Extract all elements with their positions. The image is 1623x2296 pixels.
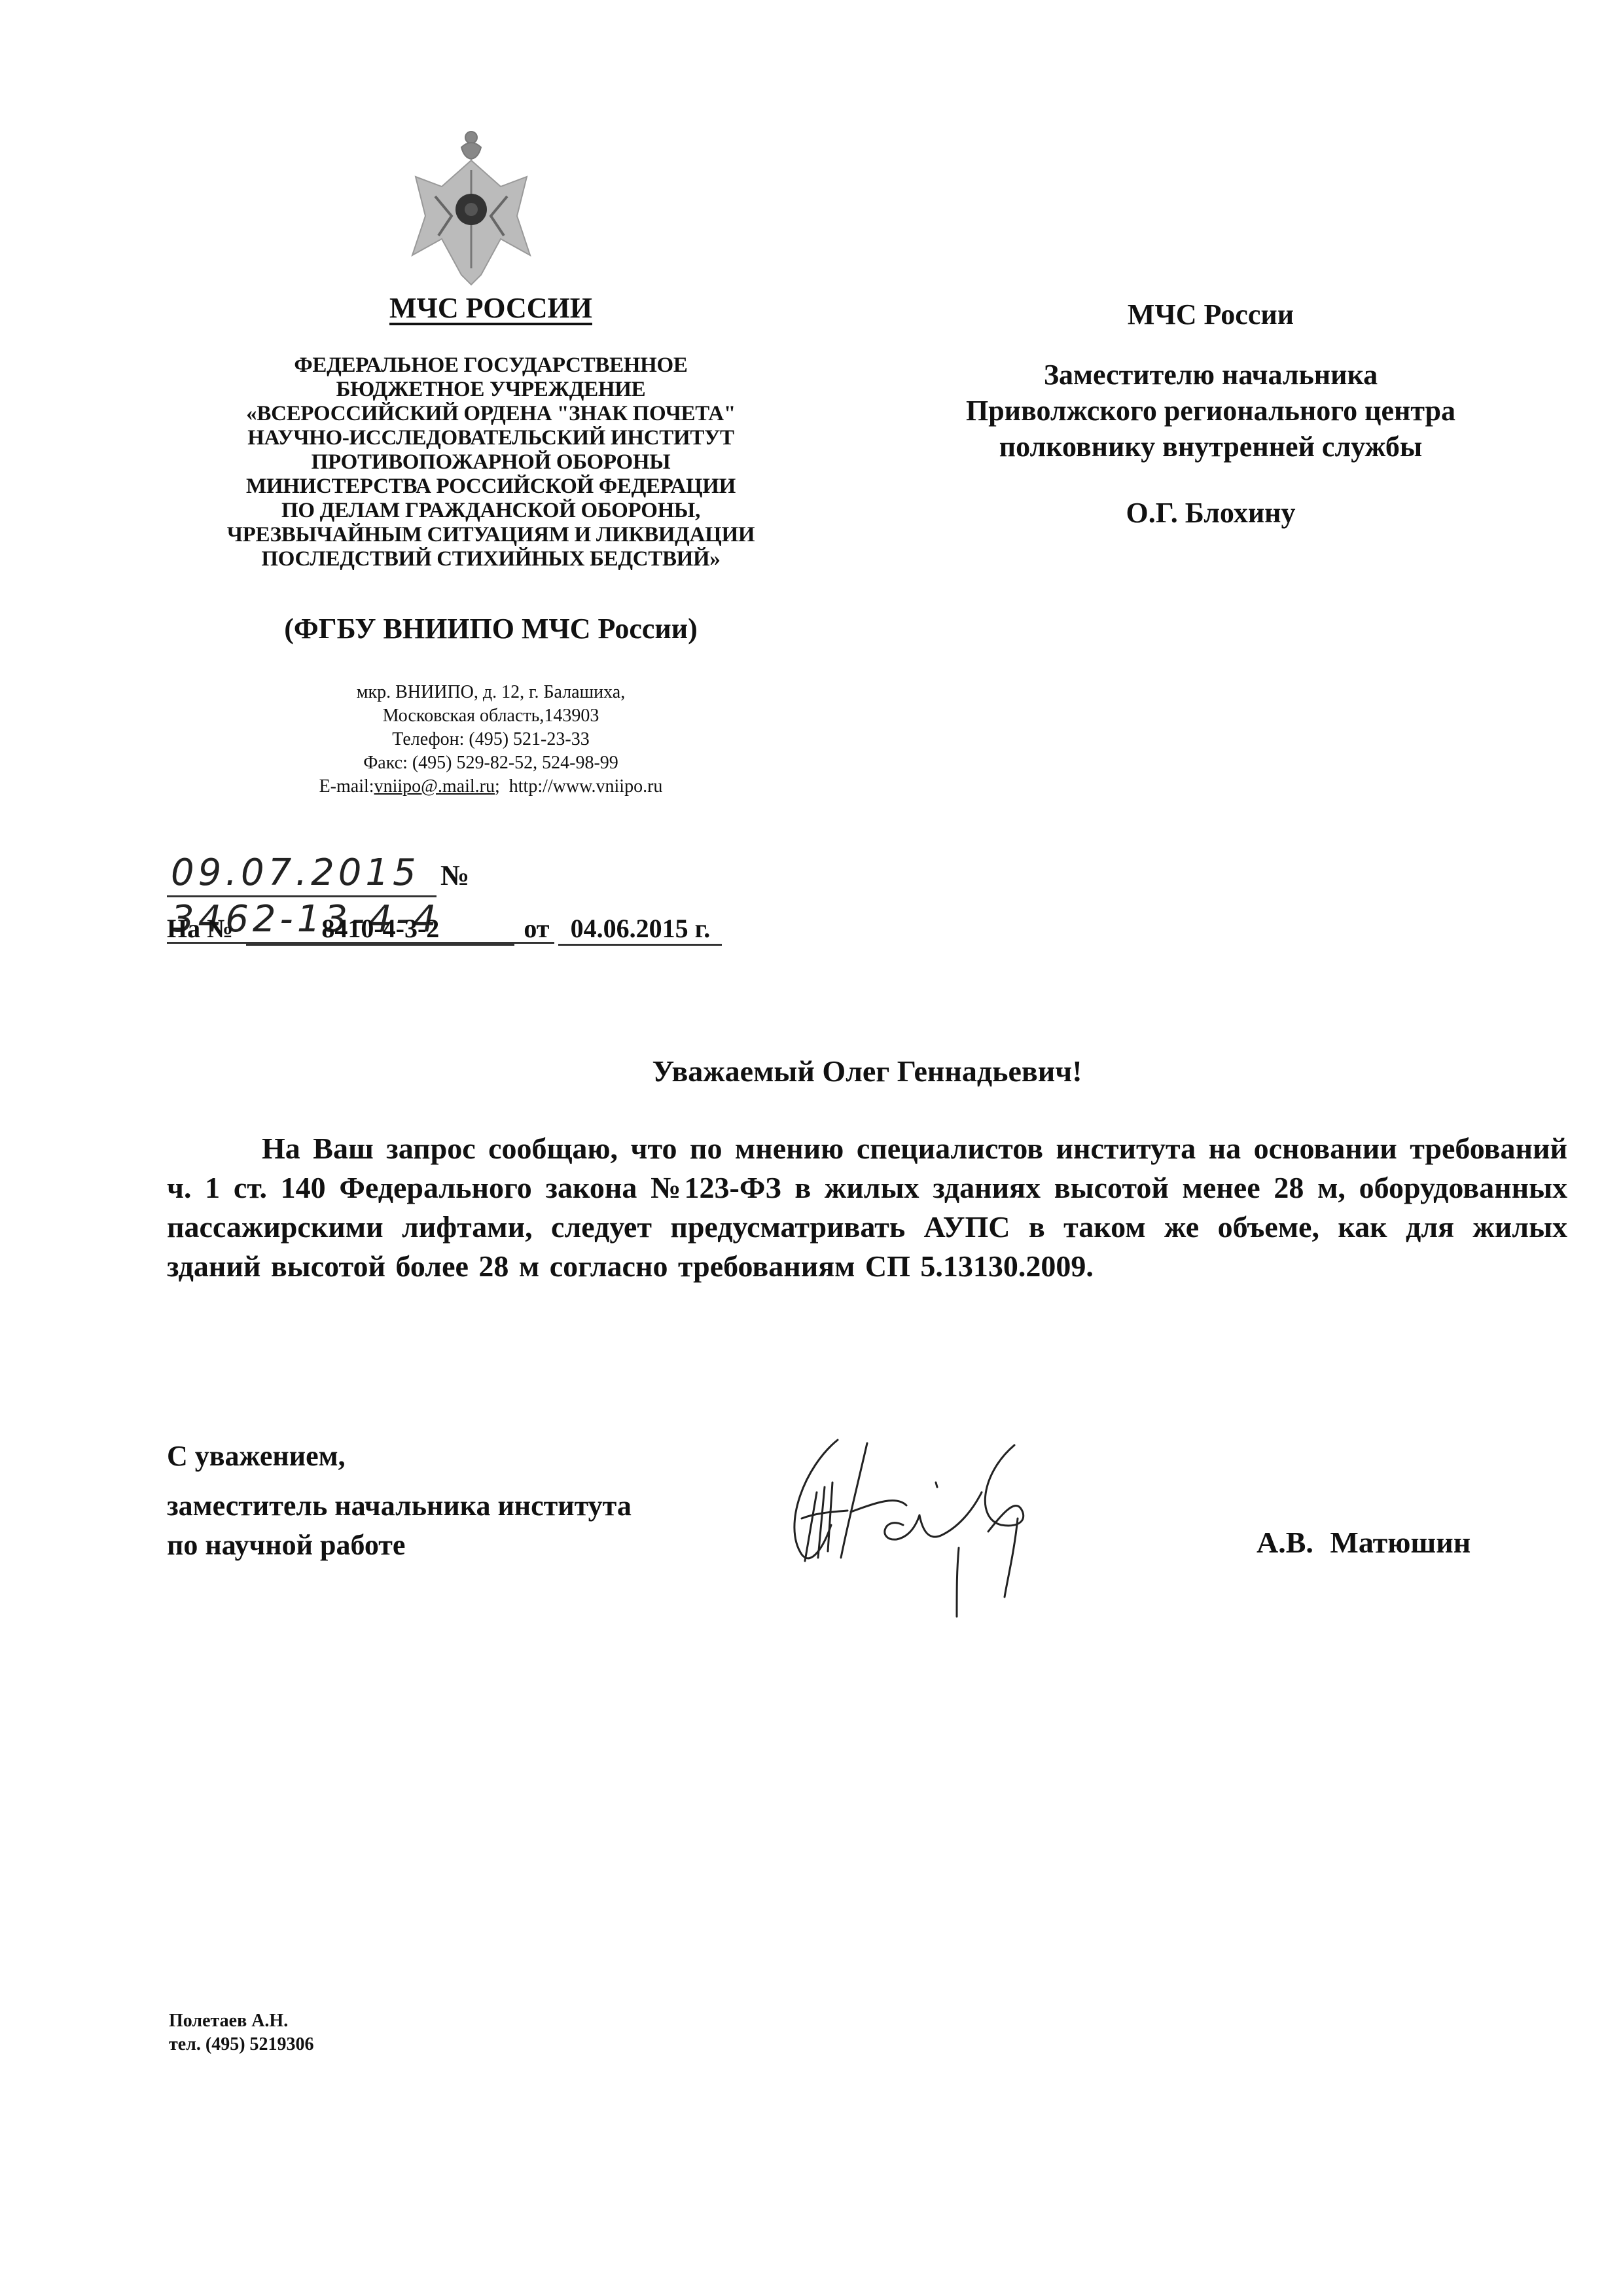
- phone: Телефон: (495) 521-23-33: [164, 728, 818, 751]
- org-line: ЧРЕЗВЫЧАЙНЫМ СИТУАЦИЯМ И ЛИКВИДАЦИИ: [164, 523, 818, 547]
- outgoing-registration: 09.07.2015№3462-13-4-4: [167, 851, 854, 903]
- reference-from-label: от: [524, 914, 549, 943]
- org-line: ПОСЛЕДСТВИЙ СТИХИЙНЫХ БЕДСТВИЙ»: [164, 547, 818, 571]
- reference-line: На №8410-4-3-2от04.06.2015 г.: [167, 913, 722, 946]
- fax: Факс: (495) 529-82-52, 524-98-99: [164, 751, 818, 775]
- letterhead-organization: ФЕДЕРАЛЬНОЕ ГОСУДАРСТВЕННОЕ БЮДЖЕТНОЕ УЧ…: [164, 353, 818, 571]
- org-line: «ВСЕРОССИЙСКИЙ ОРДЕНА "ЗНАК ПОЧЕТА": [164, 402, 818, 426]
- addressee-org: МЧС России: [851, 298, 1571, 331]
- emchs-emblem-icon: [396, 124, 546, 288]
- closing-block: С уважением, заместитель начальника инст…: [167, 1437, 632, 1565]
- addressee-line: Заместителю начальника: [851, 357, 1571, 393]
- number-sign: №: [440, 859, 469, 891]
- website-link[interactable]: http://www.vniipo.ru: [509, 776, 663, 797]
- letter-body: На Ваш запрос сообщаю, что по мнению спе…: [167, 1129, 1567, 1286]
- closing-regards: С уважением,: [167, 1437, 632, 1476]
- executor-phone: тел. (495) 5219306: [169, 2033, 314, 2056]
- org-line: ПРОТИВОПОЖАРНОЙ ОБОРОНЫ: [164, 450, 818, 475]
- outgoing-date: 09.07.2015: [167, 851, 437, 897]
- email-link[interactable]: vniipo@.mail.ru: [374, 776, 495, 797]
- signer-position: заместитель начальника института: [167, 1486, 632, 1526]
- org-line: БЮДЖЕТНОЕ УЧРЕЖДЕНИЕ: [164, 378, 818, 402]
- letterhead-contacts: мкр. ВНИИПО, д. 12, г. Балашиха, Московс…: [164, 681, 818, 798]
- reference-number: 8410-4-3-2: [246, 913, 514, 946]
- addressee-position: Заместителю начальника Приволжского реги…: [851, 357, 1571, 465]
- letterhead-ministry: МЧС РОССИИ: [164, 291, 818, 325]
- org-line: ПО ДЕЛАМ ГРАЖДАНСКОЙ ОБОРОНЫ,: [164, 499, 818, 523]
- signer-position: по научной работе: [167, 1526, 632, 1565]
- email-label: E-mail:: [319, 776, 374, 797]
- executor-name: Полетаев А.Н.: [169, 2009, 314, 2033]
- org-line: НАУЧНО-ИССЛЕДОВАТЕЛЬСКИЙ ИНСТИТУТ: [164, 426, 818, 450]
- addressee-name: О.Г. Блохину: [851, 496, 1571, 529]
- reference-date: 04.06.2015 г.: [558, 913, 722, 946]
- signer-name: А.В. Матюшин: [1257, 1525, 1471, 1560]
- addressee-line: полковнику внутренней службы: [851, 429, 1571, 465]
- handwritten-signature-icon: [785, 1427, 1126, 1623]
- executor-info: Полетаев А.Н. тел. (495) 5219306: [169, 2009, 314, 2056]
- addressee-line: Приволжского регионального центра: [851, 393, 1571, 429]
- address-line: Московская область,143903: [164, 704, 818, 728]
- salutation: Уважаемый Олег Геннадьевич!: [164, 1054, 1571, 1088]
- org-line: МИНИСТЕРСТВА РОССИЙСКОЙ ФЕДЕРАЦИИ: [164, 475, 818, 499]
- address-line: мкр. ВНИИПО, д. 12, г. Балашиха,: [164, 681, 818, 704]
- reference-label: На №: [167, 914, 233, 943]
- letterhead-abbreviation: (ФГБУ ВНИИПО МЧС России): [164, 612, 818, 645]
- org-line: ФЕДЕРАЛЬНОЕ ГОСУДАРСТВЕННОЕ: [164, 353, 818, 378]
- email-web-line: E-mail:vniipo@.mail.ru; http://www.vniip…: [164, 775, 818, 798]
